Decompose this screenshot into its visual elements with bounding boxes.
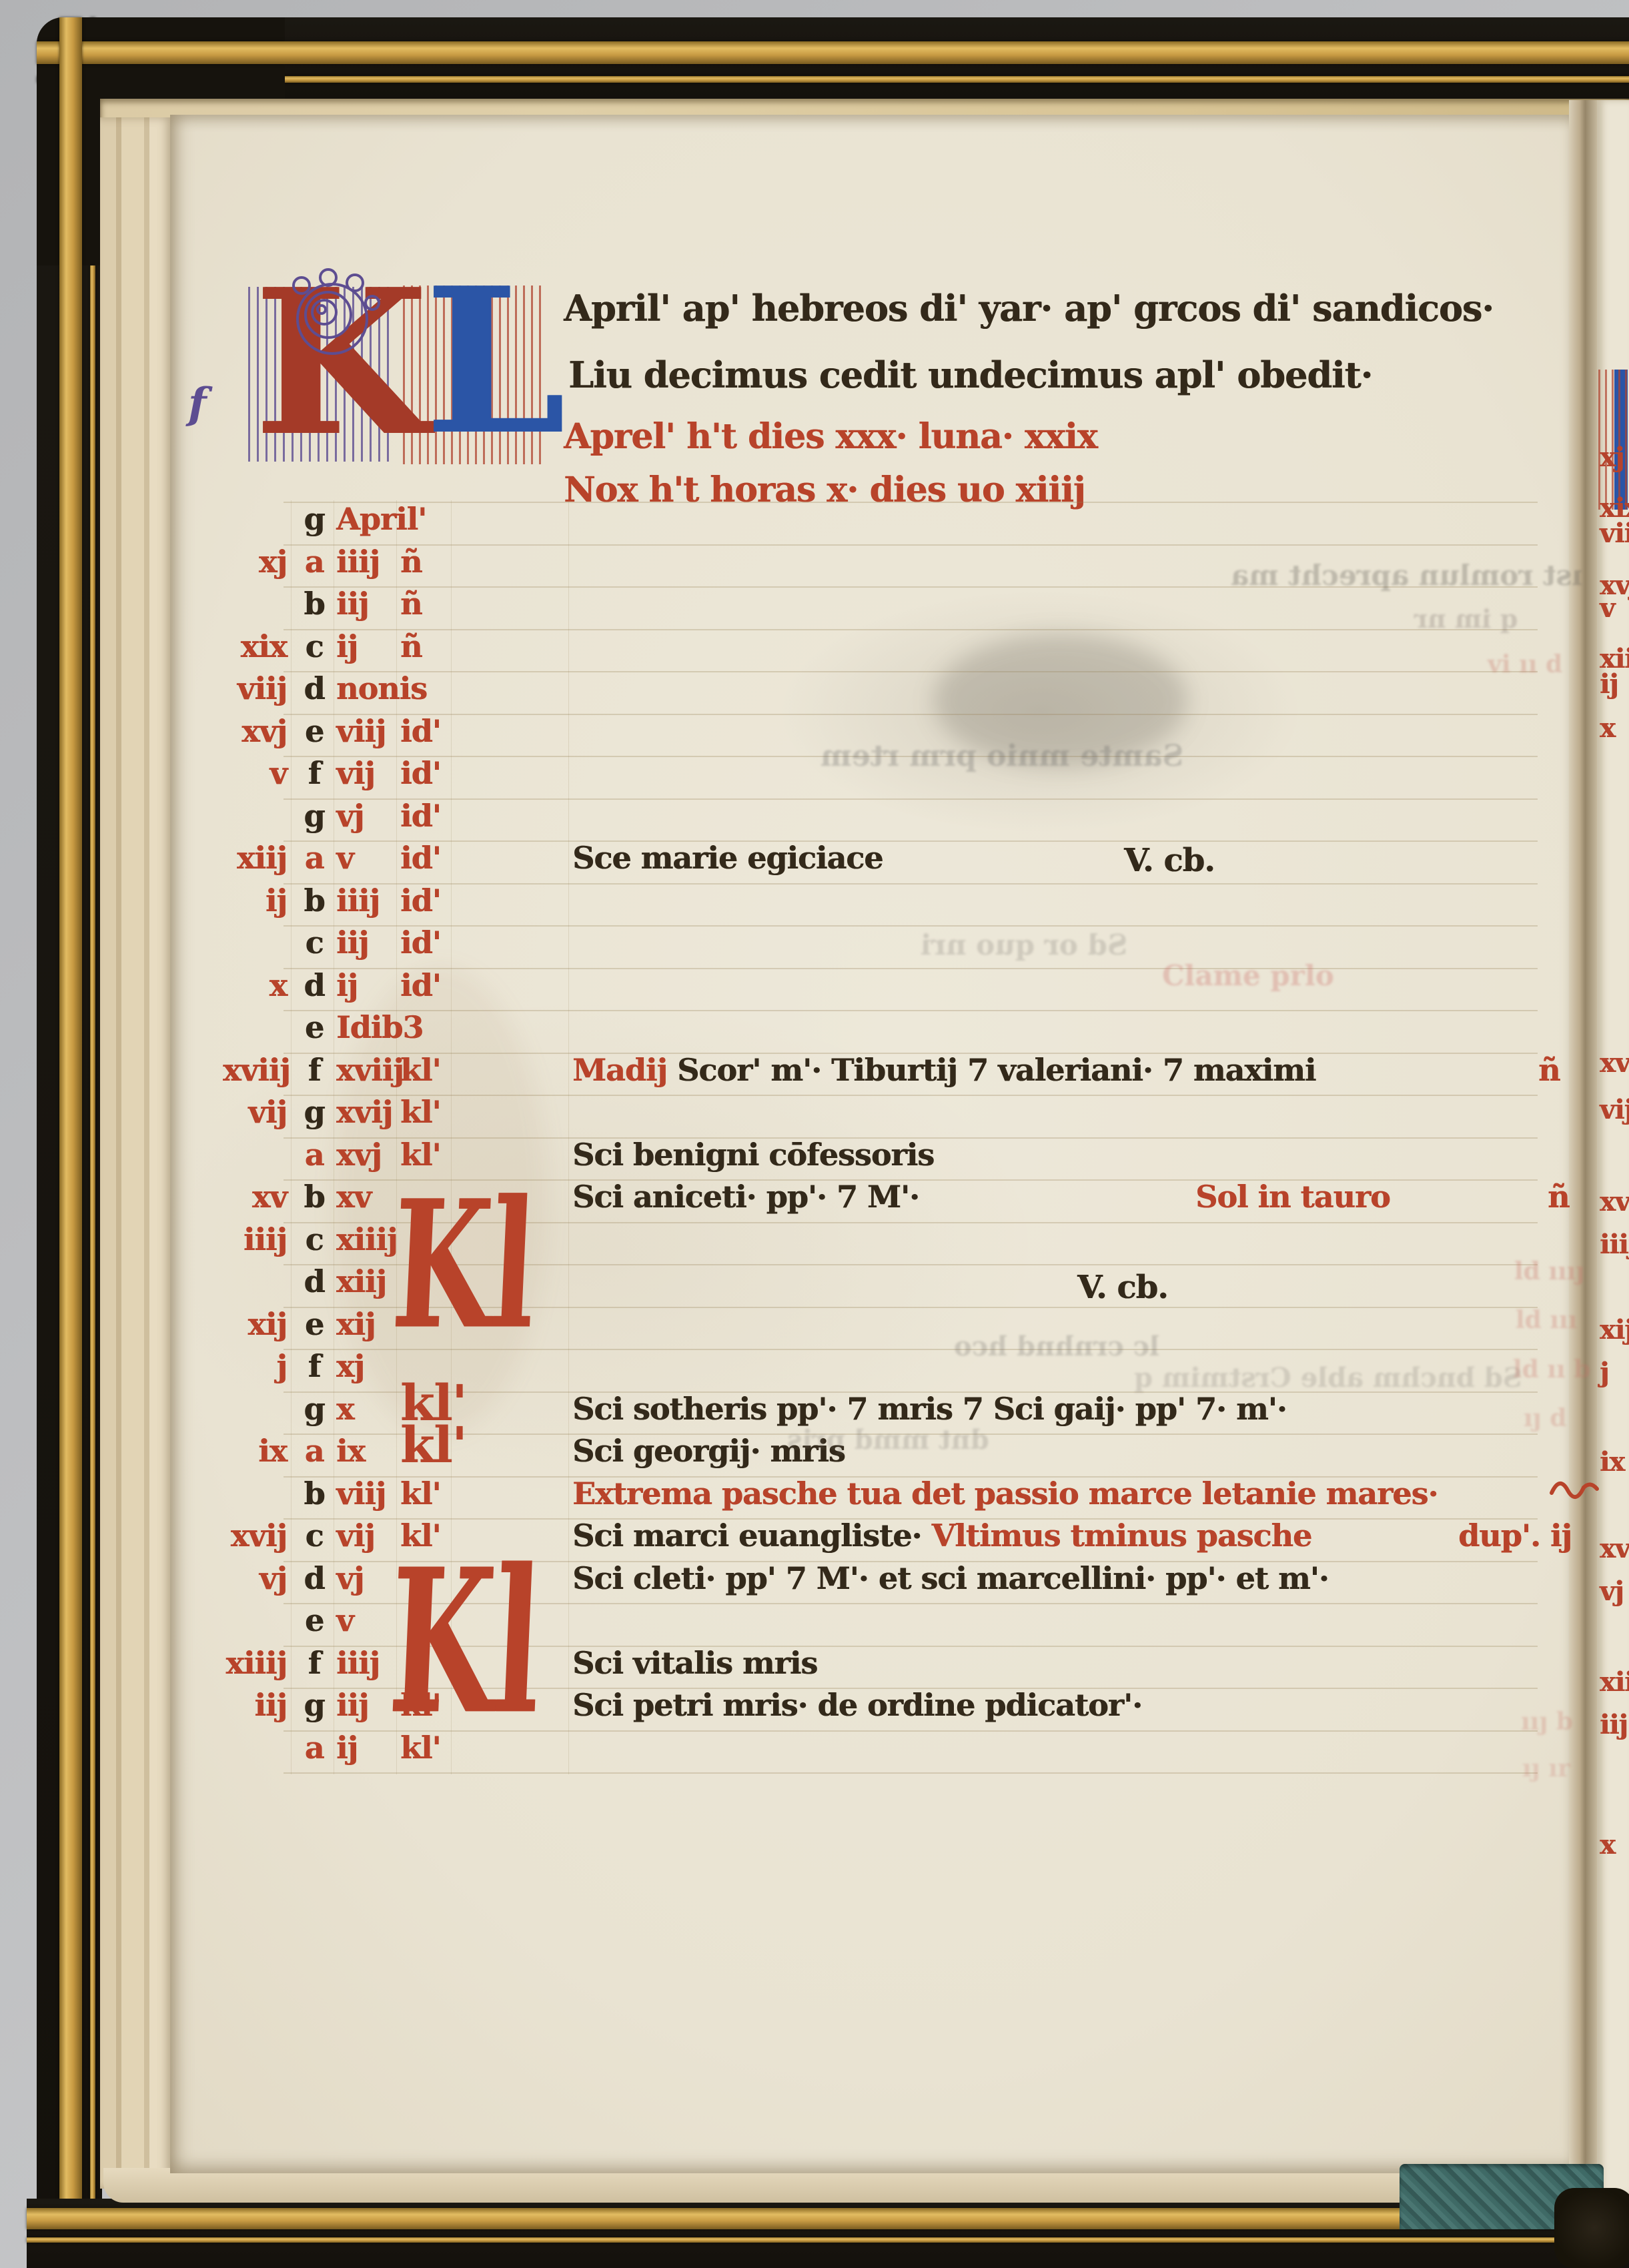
calendar-cell: g	[299, 1685, 330, 1725]
bleedthrough-text: ııȷ b	[1521, 1708, 1573, 1736]
facing-page-numeral: xv	[1600, 1186, 1629, 1217]
bleedthrough-text: Clame prlo	[1162, 959, 1334, 992]
calendar-cell: vj	[223, 1558, 287, 1598]
calendar-cell: xij	[223, 1304, 287, 1344]
calendar-cell: kl'	[400, 1050, 474, 1090]
bleedthrough-text: ld ıııȷ	[1514, 1257, 1584, 1285]
calendar-cell: e	[299, 1304, 330, 1344]
calendar-cell: g	[299, 796, 330, 836]
calendar-row: gApril'	[0, 499, 1574, 542]
calendar-cell: xj	[223, 542, 287, 582]
verse-line-2: Liu decimus cedit undecimus apl' obedit·	[568, 355, 1372, 395]
facing-page-numeral: iiij	[1600, 1229, 1629, 1260]
grading-note: ñ	[1538, 1050, 1560, 1090]
calendar-cell: xiij	[223, 838, 287, 878]
calendar-cell: xvij	[223, 1516, 287, 1556]
rubric-line-1: Aprel' h't dies xxx· luna· xxix	[564, 418, 1097, 456]
feast-entry: Sci vitalis mris	[572, 1643, 817, 1683]
feast-entry: Sci aniceti· pp'· 7 M'·	[572, 1177, 919, 1217]
large-kl-ligature: Kl	[385, 1526, 545, 1758]
feast-text: Scor' m'· Tiburtij 7 valeriani· 7 maximi	[677, 1052, 1315, 1088]
calendar-row: xvjeviijid'	[0, 711, 1574, 754]
penwork-spiral-icon	[272, 265, 399, 379]
office-note: V. cb.	[1077, 1269, 1168, 1306]
facing-page-numeral: vj	[1600, 1576, 1624, 1607]
calendar-cell: d	[299, 965, 330, 1005]
bleedthrough-text: ld ııı	[1516, 1306, 1577, 1334]
calendar-cell: a	[299, 1135, 330, 1175]
calendar-cell: id'	[400, 838, 474, 878]
bleedthrough-text: ıȷ d	[1524, 1404, 1566, 1432]
calendar-cell: c	[299, 923, 330, 963]
calendar-cell: b	[299, 1474, 330, 1514]
facing-page-numeral: x	[1600, 1829, 1615, 1860]
calendar-cell: e	[299, 711, 330, 751]
calendar-cell: v	[223, 753, 287, 793]
bleedthrough-text: q im nr	[1414, 604, 1518, 634]
calendar-cell: b	[299, 584, 330, 624]
calendar-cell: x	[223, 965, 287, 1005]
bleedthrough-text: Sd or quo nri	[921, 929, 1127, 961]
calendar-row: xviijfxviijkl'Madij Scor' m'· Tiburtij 7…	[0, 1050, 1574, 1093]
feast-text: Vltimus tminus pasche	[931, 1518, 1311, 1554]
feast-text: Extrema pasche tua det passio marce leta…	[572, 1476, 1438, 1512]
calendar-cell: c	[299, 1516, 330, 1556]
facing-page-numeral: j	[1600, 1357, 1608, 1388]
feast-text: Sci vitalis mris	[572, 1645, 817, 1681]
bleedthrough-text: Sd bnchm able Crstmim q	[1134, 1362, 1522, 1393]
red-flourish-icon	[1549, 1470, 1609, 1510]
feast-text: Sci aniceti· pp'· 7 M'·	[572, 1179, 919, 1215]
calendar-cell: Idib3	[336, 1007, 436, 1047]
calendar-cell: ñ	[400, 542, 474, 582]
calendar-cell: d	[299, 668, 330, 708]
calendar-cell: xv	[223, 1177, 287, 1217]
calendar-cell: iij	[223, 1685, 287, 1725]
calendar-cell: c	[299, 626, 330, 666]
calendar-cell: b	[299, 1177, 330, 1217]
calendar-row: xixcijñ	[0, 626, 1574, 669]
ruling-line	[284, 1772, 1538, 1774]
calendar-cell: a	[299, 542, 330, 582]
facing-page-numeral: v	[1600, 592, 1614, 624]
photo-backdrop: K L f April' ap' hebreos di' yar· ap' gr…	[0, 0, 1629, 2268]
feast-text: Sci benigni cōfessoris	[572, 1137, 934, 1173]
calendar-cell: kl'	[400, 1092, 474, 1132]
calendar-cell: a	[299, 1431, 330, 1471]
feast-text: Madij	[572, 1052, 677, 1088]
calendar-row: aijkl'	[0, 1728, 1574, 1770]
facing-page-numeral: xiiij	[1600, 1666, 1629, 1698]
feast-entry: Sce marie egiciace	[572, 838, 883, 878]
calendar-cell: f	[299, 753, 330, 793]
calendar-cell: xix	[223, 626, 287, 666]
calendar-row: xiiijfiiijSci vitalis mris	[0, 1643, 1574, 1686]
calendar-cell: d	[299, 1558, 330, 1598]
calendar-cell: a	[299, 838, 330, 878]
calendar-row: vfvijid'	[0, 753, 1574, 796]
calendar-cell: ñ	[400, 584, 474, 624]
calendar-row: dxiij	[0, 1261, 1574, 1304]
feast-entry: Sci petri mris· de ordine pdicator'·	[572, 1685, 1142, 1725]
calendar-row: iiijcxiiij	[0, 1219, 1574, 1262]
large-kl-ligature: Kl	[388, 1162, 539, 1369]
feast-entry: Sci benigni cōfessoris	[572, 1135, 934, 1175]
calendar-cell: g	[299, 499, 330, 539]
calendar-cell: iiij	[223, 1219, 287, 1259]
feast-text: Sci marci euangliste·	[572, 1518, 931, 1554]
bleedthrough-text: dnt mmd pris	[787, 1424, 989, 1456]
calendar-cell: kl'	[400, 1427, 474, 1464]
bleedthrough-text: ıst romlun aprecht ma	[1231, 559, 1582, 592]
feast-entry: Madij Scor' m'· Tiburtij 7 valeriani· 7 …	[572, 1050, 1315, 1090]
bleedthrough-text: ıȷ ır	[1522, 1754, 1570, 1782]
verse-line-1: April' ap' hebreos di' yar· ap' grcos di…	[564, 288, 1494, 328]
feast-text: Sce marie egiciace	[572, 840, 883, 876]
calendar-cell: viij	[223, 668, 287, 708]
facing-page-numeral: iij	[1600, 1709, 1628, 1740]
facing-page-numeral: xij	[1600, 1314, 1629, 1345]
calendar-cell: id'	[400, 965, 474, 1005]
bleedthrough-text: Samte mnio prm rtem	[821, 739, 1183, 773]
feast-entry: Extrema pasche tua det passio marce leta…	[572, 1474, 1438, 1514]
calendar-cell: ñ	[400, 626, 474, 666]
feast-text: Sci sotheris pp'· 7 mris 7 Sci gaij· pp'…	[572, 1391, 1287, 1427]
calendar-row: eIdib3	[0, 1007, 1574, 1050]
calendar-row: xvijcvijkl'Sci marci euangliste· Vltimus…	[0, 1516, 1574, 1558]
calendar-cell: id'	[400, 796, 474, 836]
calendar-row: vijgxvijkl'	[0, 1092, 1574, 1135]
calendar-row: xdijid'	[0, 965, 1574, 1008]
facing-page-numeral: xviij	[1600, 1047, 1629, 1079]
calendar-cell: xvj	[223, 711, 287, 751]
calendar-cell: id'	[400, 923, 474, 963]
calendar-cell: a	[299, 1728, 330, 1768]
calendar-row: xiijavid'Sce marie egiciace	[0, 838, 1574, 881]
calendar-cell: e	[299, 1007, 330, 1047]
calendar-cell: id'	[400, 881, 474, 921]
calendar-row: axvjkl'Sci benigni cōfessoris	[0, 1135, 1574, 1177]
page-content: K L f April' ap' hebreos di' yar· ap' gr…	[0, 0, 1629, 2268]
calendar-cell: xviij	[223, 1050, 287, 1090]
calendar-cell: ix	[223, 1431, 287, 1471]
calendar-row: vjdvjSci cleti· pp' 7 M'· et sci marcell…	[0, 1558, 1574, 1601]
facing-page-numeral: xvij	[1600, 1533, 1629, 1564]
bleedthrough-text: ld ıı b	[1513, 1355, 1590, 1383]
calendar-cell: f	[299, 1643, 330, 1683]
calendar-row: ciijid'	[0, 923, 1574, 965]
feast-entry: Sci cleti· pp' 7 M'· et sci marcellini· …	[572, 1558, 1329, 1598]
calendar-cell: April'	[336, 499, 436, 539]
calendar-row: gvjid'	[0, 796, 1574, 838]
calendar-cell: f	[299, 1050, 330, 1090]
calendar-row: xvbxvSci aniceti· pp'· 7 M'·Sol in tauro…	[0, 1177, 1574, 1219]
office-note: V. cb.	[1124, 842, 1215, 879]
calendar-cell: d	[299, 1261, 330, 1301]
facing-page-numeral: viij	[1600, 518, 1629, 549]
calendar-cell: f	[299, 1346, 330, 1386]
calendar-row: ijbiiijid'	[0, 881, 1574, 923]
grading-note: dup'. ij	[1458, 1516, 1572, 1556]
calendar-cell: c	[299, 1219, 330, 1259]
calendar-cell: b	[299, 881, 330, 921]
calendar-row: bviijkl'Extrema pasche tua det passio ma…	[0, 1474, 1574, 1516]
calendar-cell: g	[299, 1389, 330, 1429]
facing-page-numeral: vij	[1600, 1094, 1629, 1125]
initial-letter-l: L	[424, 261, 564, 462]
calendar-cell: id'	[400, 753, 474, 793]
feast-text: Sci petri mris· de ordine pdicator'·	[572, 1687, 1142, 1723]
calendar-cell: xiiij	[223, 1643, 287, 1683]
bleedthrough-text: vi ıı d	[1488, 650, 1562, 678]
astronomical-note: Sol in tauro	[1195, 1177, 1390, 1217]
calendar-row: viijdnonis	[0, 668, 1574, 711]
facing-page-numeral: x	[1600, 712, 1615, 744]
feast-entry: Sci sotheris pp'· 7 mris 7 Sci gaij· pp'…	[572, 1389, 1287, 1429]
calendar-cell: vij	[223, 1092, 287, 1132]
calendar-cell: nonis	[336, 668, 436, 708]
grading-note: ñ	[1548, 1177, 1569, 1217]
calendar-cell: ij	[223, 881, 287, 921]
calendar-cell: kl'	[400, 1474, 474, 1514]
calendar-row: ev	[0, 1600, 1574, 1643]
feast-text: Sci cleti· pp' 7 M'· et sci marcellini· …	[572, 1560, 1329, 1596]
calendar-cell: g	[299, 1092, 330, 1132]
bleedthrough-text: lc crnhnd hco	[954, 1331, 1159, 1362]
calendar-cell: id'	[400, 711, 474, 751]
facing-page-numeral: ij	[1600, 668, 1618, 700]
calendar-cell: e	[299, 1600, 330, 1640]
margin-penwork-mark: f	[188, 379, 207, 429]
calendar-row: iijgiijkl'Sci petri mris· de ordine pdic…	[0, 1685, 1574, 1728]
feast-entry: Sci marci euangliste· Vltimus tminus pas…	[572, 1516, 1311, 1556]
calendar-cell: j	[223, 1346, 287, 1386]
calendar-row: xijexij	[0, 1304, 1574, 1347]
facing-page-numeral: xj	[1600, 442, 1624, 473]
